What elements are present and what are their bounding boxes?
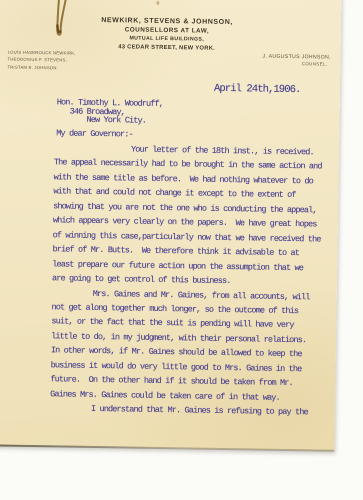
date-line: April 24th,1906. xyxy=(214,83,301,96)
recipient-line: New York City. xyxy=(56,115,162,125)
paper-speck xyxy=(156,1,159,5)
paragraph: I understand that Mr. Gaines is refusing… xyxy=(50,401,334,420)
salutation: My dear Governor:- xyxy=(56,128,133,139)
recipient-block: Hon. Timothy L. Woodruff,346 Broadway,Ne… xyxy=(56,98,163,125)
paragraph: Your letter of the 18th inst., is receiv… xyxy=(52,141,338,290)
letter-body: Your letter of the 18th inst., is receiv… xyxy=(50,141,338,420)
counsel-block: J. AUGUSTUS JOHNSON, COUNSEL. xyxy=(262,54,334,68)
counsel-title: COUNSEL. xyxy=(262,60,334,67)
counsel-name: J. AUGUSTUS JOHNSON, xyxy=(262,54,334,62)
paragraph: Mrs. Gaines and Mr. Gaines, from all acc… xyxy=(50,286,336,406)
letter-sheet: NEWKIRK, STEVENS & JOHNSON, COUNSELLORS … xyxy=(0,0,342,451)
partner-list: LOUIS HASBROUCK NEWKIRK,THEODOSIUS F. ST… xyxy=(7,49,75,72)
body-line: I understand that Mr. Gaines is refusing… xyxy=(50,401,334,420)
partner-name: TRISTAM B. JOHNSON. xyxy=(7,63,75,71)
